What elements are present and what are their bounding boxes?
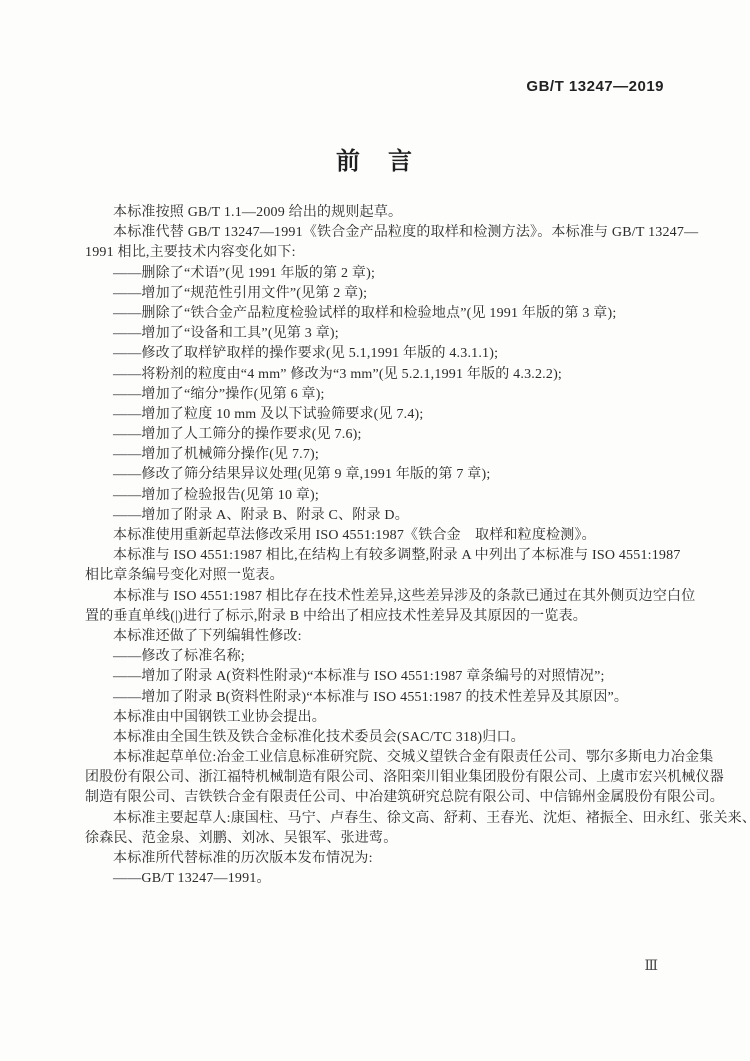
foreword-line: ——GB/T 13247—1991。: [85, 869, 677, 889]
foreword-line: ——增加了人工筛分的操作要求(见 7.6);: [85, 425, 677, 445]
foreword-line: 置的垂直单线(|)进行了标示,附录 B 中给出了相应技术性差异及其原因的一览表。: [85, 607, 677, 627]
foreword-line: 相比章条编号变化对照一览表。: [85, 566, 677, 586]
foreword-line: 本标准还做了下列编辑性修改:: [85, 627, 677, 647]
foreword-line: 本标准由中国钢铁工业协会提出。: [85, 708, 677, 728]
foreword-line: 本标准按照 GB/T 1.1—2009 给出的规则起草。: [85, 203, 677, 223]
foreword-line: ——将粉剂的粒度由“4 mm” 修改为“3 mm”(见 5.2.1,1991 年…: [85, 365, 677, 385]
foreword-title: 前 言: [0, 141, 750, 176]
foreword-line: 本标准与 ISO 4551:1987 相比存在技术性差异,这些差异涉及的条款已通…: [85, 587, 677, 607]
foreword-line: 本标准由全国生铁及铁合金标准化技术委员会(SAC/TC 318)归口。: [85, 728, 677, 748]
foreword-line: ——修改了标准名称;: [85, 647, 677, 667]
foreword-line: 本标准主要起草人:康国柱、马宁、卢春生、徐文高、舒莉、王春光、沈炬、褚振全、田永…: [85, 809, 677, 829]
foreword-line: ——增加了粒度 10 mm 及以下试验筛要求(见 7.4);: [85, 405, 677, 425]
foreword-line: ——增加了附录 B(资料性附录)“本标准与 ISO 4551:1987 的技术性…: [85, 688, 677, 708]
standard-code-header: GB/T 13247—2019: [526, 78, 664, 95]
foreword-line: 团股份有限公司、浙江福特机械制造有限公司、洛阳栾川钼业集团股份有限公司、上虞市宏…: [85, 768, 677, 788]
foreword-line: 徐森民、范金泉、刘鹏、刘冰、吴银军、张进莺。: [85, 829, 677, 849]
foreword-line: 本标准使用重新起草法修改采用 ISO 4551:1987《铁合金 取样和粒度检测…: [85, 526, 677, 546]
foreword-line: 本标准与 ISO 4551:1987 相比,在结构上有较多调整,附录 A 中列出…: [85, 546, 677, 566]
foreword-line: 本标准代替 GB/T 13247—1991《铁合金产品粒度的取样和检测方法》。本…: [85, 223, 677, 243]
document-page: GB/T 13247—2019 前 言 本标准按照 GB/T 1.1—2009 …: [0, 0, 750, 1061]
foreword-line: ——增加了附录 A(资料性附录)“本标准与 ISO 4551:1987 章条编号…: [85, 667, 677, 687]
foreword-line: 本标准起草单位:冶金工业信息标准研究院、交城义望铁合金有限责任公司、鄂尔多斯电力…: [85, 748, 677, 768]
foreword-line: 1991 相比,主要技术内容变化如下:: [85, 243, 677, 263]
foreword-line: ——增加了“缩分”操作(见第 6 章);: [85, 385, 677, 405]
page-number: Ⅲ: [644, 958, 658, 975]
foreword-line: ——删除了“术语”(见 1991 年版的第 2 章);: [85, 264, 677, 284]
foreword-line: ——删除了“铁合金产品粒度检验试样的取样和检验地点”(见 1991 年版的第 3…: [85, 304, 677, 324]
foreword-line: 制造有限公司、吉铁铁合金有限责任公司、中冶建筑研究总院有限公司、中信锦州金属股份…: [85, 788, 677, 808]
foreword-line: ——增加了“设备和工具”(见第 3 章);: [85, 324, 677, 344]
foreword-line: ——增加了附录 A、附录 B、附录 C、附录 D。: [85, 506, 677, 526]
foreword-line: ——修改了取样铲取样的操作要求(见 5.1,1991 年版的 4.3.1.1);: [85, 344, 677, 364]
foreword-line: ——增加了检验报告(见第 10 章);: [85, 486, 677, 506]
foreword-line: ——增加了机械筛分操作(见 7.7);: [85, 445, 677, 465]
foreword-line: ——修改了筛分结果异议处理(见第 9 章,1991 年版的第 7 章);: [85, 465, 677, 485]
foreword-line: ——增加了“规范性引用文件”(见第 2 章);: [85, 284, 677, 304]
foreword-line: 本标准所代替标准的历次版本发布情况为:: [85, 849, 677, 869]
foreword-body: 本标准按照 GB/T 1.1—2009 给出的规则起草。本标准代替 GB/T 1…: [85, 203, 677, 889]
